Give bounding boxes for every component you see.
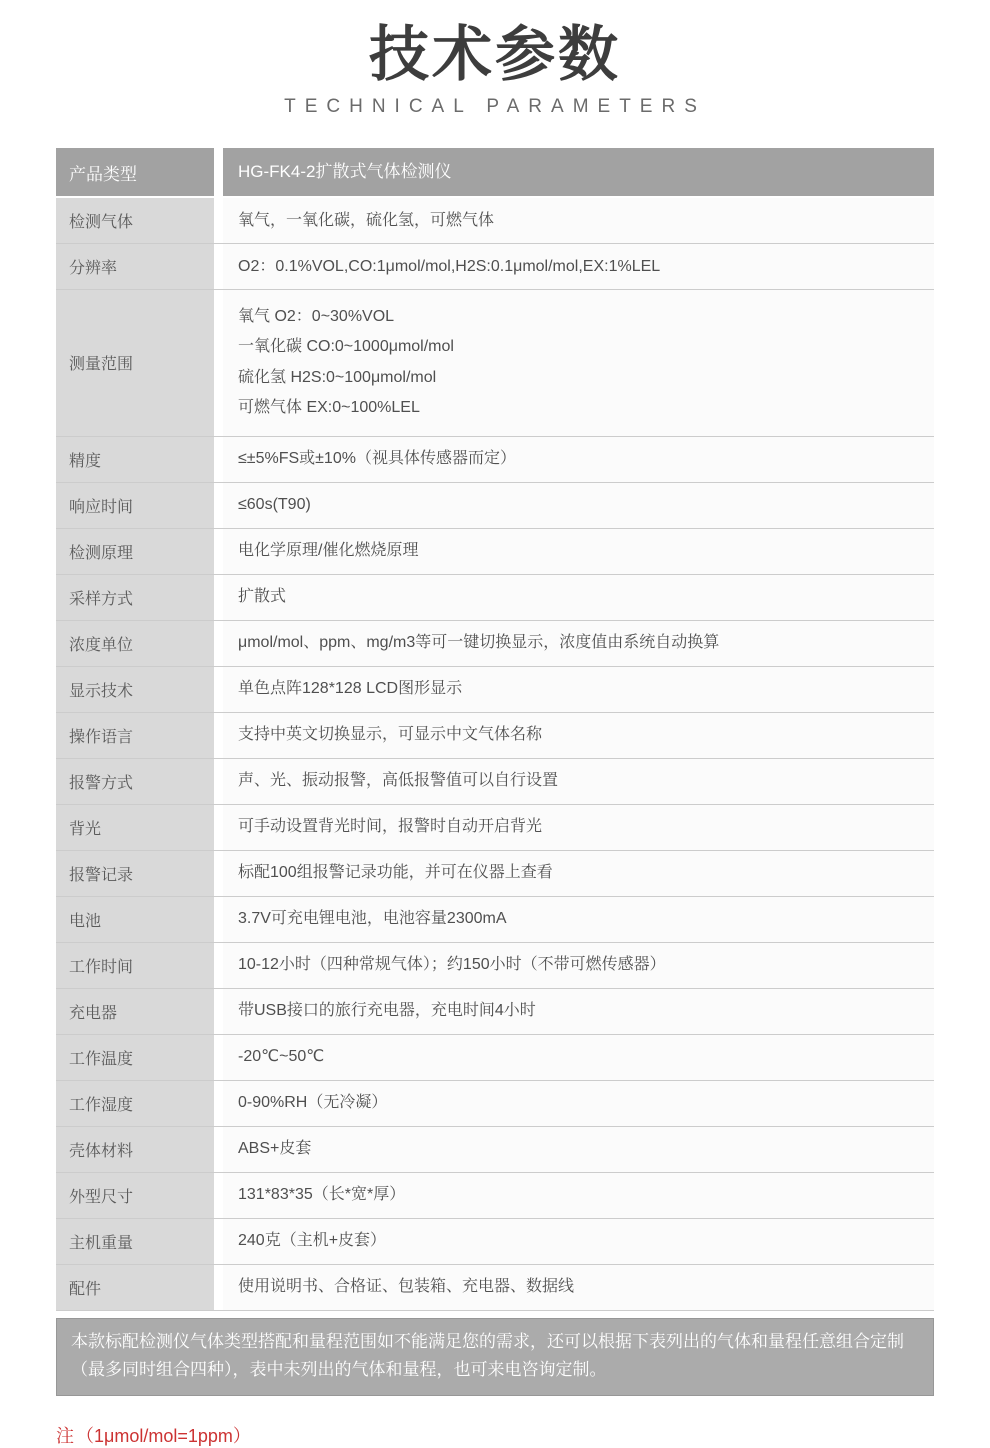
- spec-value: -20℃~50℃: [223, 1035, 934, 1080]
- table-row: 精度≤±5%FS或±10%（视具体传感器而定）: [56, 437, 934, 483]
- unit-note: 注（1μmol/mol=1ppm）: [56, 1422, 934, 1448]
- spec-label: 报警方式: [56, 759, 214, 804]
- table-row: 电池3.7V可充电锂电池，电池容量2300mA: [56, 897, 934, 943]
- spec-label: 浓度单位: [56, 621, 214, 666]
- title-block: 技术参数 TECHNICAL PARAMETERS: [0, 22, 990, 118]
- spec-value: 3.7V可充电锂电池，电池容量2300mA: [223, 897, 934, 942]
- spec-value: 电化学原理/催化燃烧原理: [223, 529, 934, 574]
- spec-value: ≤60s(T90): [223, 483, 934, 528]
- spec-value: 使用说明书、合格证、包装箱、充电器、数据线: [223, 1265, 934, 1310]
- custom-note: 本款标配检测仪气体类型搭配和量程范围如不能满足您的需求，还可以根据下表列出的气体…: [56, 1318, 934, 1396]
- spec-label: 分辨率: [56, 244, 214, 289]
- table-row: 充电器带USB接口的旅行充电器，充电时间4小时: [56, 989, 934, 1035]
- table-row: 报警方式声、光、振动报警，高低报警值可以自行设置: [56, 759, 934, 805]
- table-row: 报警记录标配100组报警记录功能，并可在仪器上查看: [56, 851, 934, 897]
- spec-value: O2：0.1%VOL,CO:1μmol/mol,H2S:0.1μmol/mol,…: [223, 244, 934, 289]
- table-row: 工作时间10-12小时（四种常规气体）；约150小时（不带可燃传感器）: [56, 943, 934, 989]
- spec-label: 检测气体: [56, 198, 214, 243]
- spec-value: 131*83*35（长*宽*厚）: [223, 1173, 934, 1218]
- spec-label: 精度: [56, 437, 214, 482]
- table-header-row: 产品类型 HG-FK4-2扩散式气体检测仪: [56, 148, 934, 198]
- spec-label: 工作湿度: [56, 1081, 214, 1126]
- spec-value: 10-12小时（四种常规气体）；约150小时（不带可燃传感器）: [223, 943, 934, 988]
- table-row: 采样方式扩散式: [56, 575, 934, 621]
- spec-label: 响应时间: [56, 483, 214, 528]
- spec-label: 显示技术: [56, 667, 214, 712]
- page-title: 技术参数: [0, 22, 990, 88]
- spec-value: 带USB接口的旅行充电器，充电时间4小时: [223, 989, 934, 1034]
- spec-value: ≤±5%FS或±10%（视具体传感器而定）: [223, 437, 934, 482]
- spec-label: 充电器: [56, 989, 214, 1034]
- spec-rows-container: 检测气体氧气，一氧化碳，硫化氢，可燃气体分辨率O2：0.1%VOL,CO:1μm…: [56, 198, 934, 1311]
- spec-value: ABS+皮套: [223, 1127, 934, 1172]
- unit-note-text: （1μmol/mol=1ppm）: [76, 1426, 251, 1446]
- spec-label: 工作时间: [56, 943, 214, 988]
- table-row: 工作温度-20℃~50℃: [56, 1035, 934, 1081]
- table-row: 测量范围氧气 O2：0~30%VOL 一氧化碳 CO:0~1000μmol/mo…: [56, 290, 934, 437]
- table-row: 工作湿度0-90%RH（无冷凝）: [56, 1081, 934, 1127]
- table-row: 壳体材料ABS+皮套: [56, 1127, 934, 1173]
- table-row: 外型尺寸131*83*35（长*宽*厚）: [56, 1173, 934, 1219]
- spec-label: 主机重量: [56, 1219, 214, 1264]
- spec-label: 操作语言: [56, 713, 214, 758]
- spec-value: μmol/mol、ppm、mg/m3等可一键切换显示，浓度值由系统自动换算: [223, 621, 934, 666]
- spec-value: 氧气，一氧化碳，硫化氢，可燃气体: [223, 198, 934, 243]
- spec-value: 0-90%RH（无冷凝）: [223, 1081, 934, 1126]
- spec-label: 电池: [56, 897, 214, 942]
- spec-label: 采样方式: [56, 575, 214, 620]
- spec-value: 支持中英文切换显示，可显示中文气体名称: [223, 713, 934, 758]
- header-value-cell: HG-FK4-2扩散式气体检测仪: [223, 148, 934, 196]
- spec-value: 扩散式: [223, 575, 934, 620]
- spec-label: 外型尺寸: [56, 1173, 214, 1218]
- spec-value: 标配100组报警记录功能，并可在仪器上查看: [223, 851, 934, 896]
- spec-label: 检测原理: [56, 529, 214, 574]
- spec-sheet-page: 技术参数 TECHNICAL PARAMETERS 产品类型 HG-FK4-2扩…: [0, 0, 990, 1427]
- table-row: 背光可手动设置背光时间，报警时自动开启背光: [56, 805, 934, 851]
- table-row: 显示技术单色点阵128*128 LCD图形显示: [56, 667, 934, 713]
- table-row: 检测原理电化学原理/催化燃烧原理: [56, 529, 934, 575]
- spec-label: 工作温度: [56, 1035, 214, 1080]
- spec-label: 配件: [56, 1265, 214, 1310]
- spec-value: 可手动设置背光时间，报警时自动开启背光: [223, 805, 934, 850]
- spec-value: 声、光、振动报警，高低报警值可以自行设置: [223, 759, 934, 804]
- unit-note-prefix: 注: [56, 1426, 74, 1446]
- table-row: 主机重量240克（主机+皮套）: [56, 1219, 934, 1265]
- spec-label: 测量范围: [56, 290, 214, 436]
- spec-value: 氧气 O2：0~30%VOL 一氧化碳 CO:0~1000μmol/mol 硫化…: [223, 290, 934, 436]
- header-label-cell: 产品类型: [56, 148, 214, 196]
- table-row: 浓度单位μmol/mol、ppm、mg/m3等可一键切换显示，浓度值由系统自动换…: [56, 621, 934, 667]
- table-row: 响应时间≤60s(T90): [56, 483, 934, 529]
- table-row: 配件使用说明书、合格证、包装箱、充电器、数据线: [56, 1265, 934, 1311]
- spec-value: 单色点阵128*128 LCD图形显示: [223, 667, 934, 712]
- spec-table: 产品类型 HG-FK4-2扩散式气体检测仪 检测气体氧气，一氧化碳，硫化氢，可燃…: [56, 148, 934, 1311]
- spec-label: 背光: [56, 805, 214, 850]
- table-row: 分辨率O2：0.1%VOL,CO:1μmol/mol,H2S:0.1μmol/m…: [56, 244, 934, 290]
- table-row: 检测气体氧气，一氧化碳，硫化氢，可燃气体: [56, 198, 934, 244]
- spec-value: 240克（主机+皮套）: [223, 1219, 934, 1264]
- spec-label: 壳体材料: [56, 1127, 214, 1172]
- page-subtitle: TECHNICAL PARAMETERS: [0, 96, 990, 118]
- table-row: 操作语言支持中英文切换显示，可显示中文气体名称: [56, 713, 934, 759]
- spec-label: 报警记录: [56, 851, 214, 896]
